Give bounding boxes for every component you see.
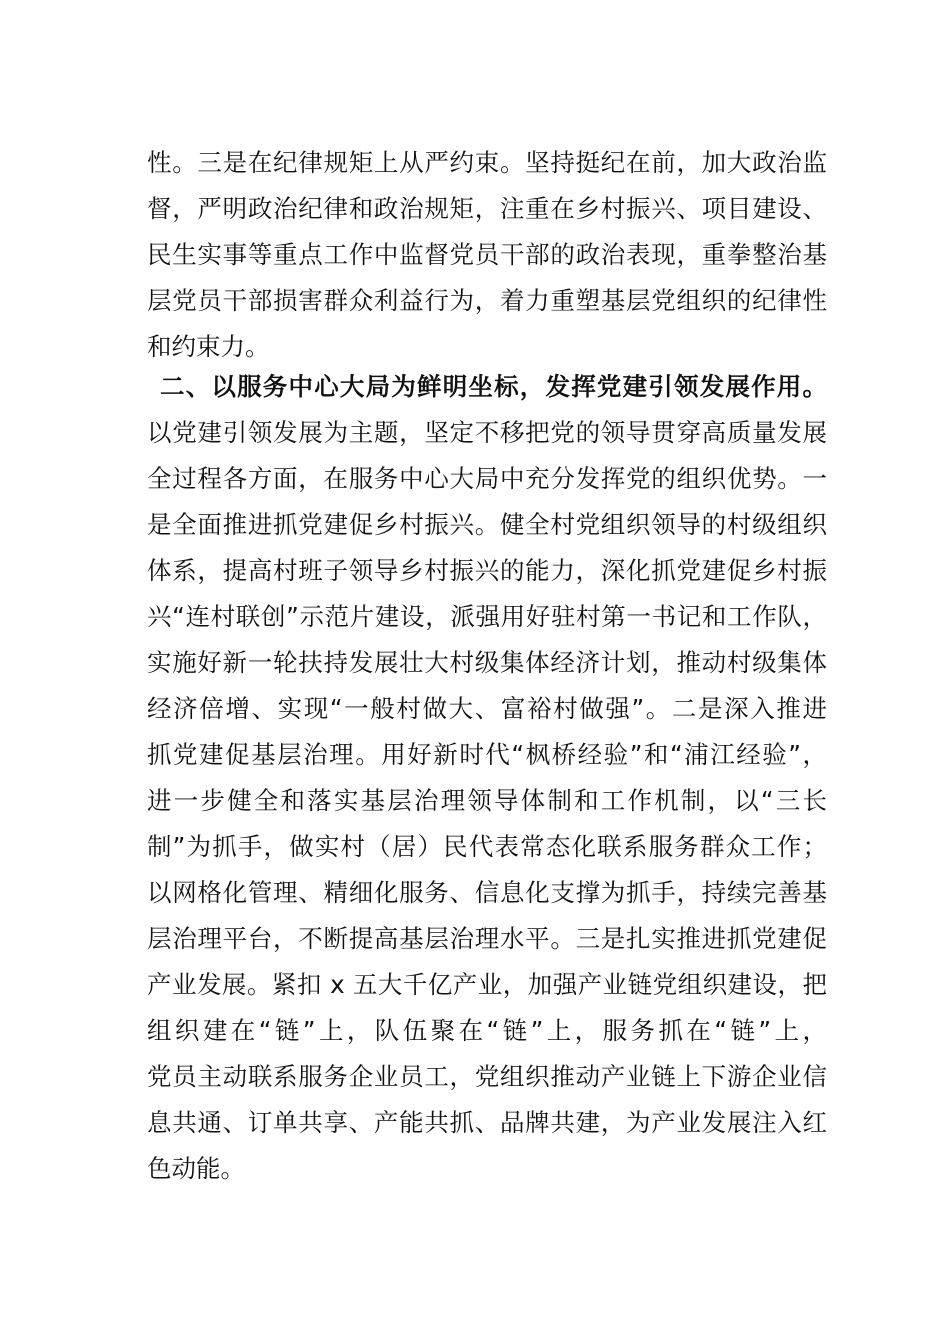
text-line: 体系，提高村班子领导乡村振兴的能力，深化抓党建促乡村振 (147, 548, 827, 594)
text-line: 产业发展。紧扣 x 五大千亿产业，加强产业链党组织建设，把 (147, 962, 827, 1008)
text-line: 抓党建促基层治理。用好新时代“枫桥经验”和“浦江经验”， (147, 732, 827, 778)
text-line: 经济倍增、实现“一般村做大、富裕村做强”。二是深入推进 (147, 686, 827, 732)
text-line: 党员主动联系服务企业员工，党组织推动产业链上下游企业信 (147, 1054, 827, 1100)
text-line: 层治理平台，不断提高基层治理水平。三是扎实推进抓党建促 (147, 916, 827, 962)
text-line: 层党员干部损害群众利益行为，着力重塑基层党组织的纪律性 (147, 278, 827, 324)
text-line: 实施好新一轮扶持发展壮大村级集体经济计划，推动村级集体 (147, 640, 827, 686)
text-line: 进一步健全和落实基层治理领导体制和工作机制，以“三长 (147, 778, 827, 824)
text-line: 民生实事等重点工作中监督党员干部的政治表现，重拳整治基 (147, 232, 827, 278)
section-heading: 二、以服务中心大局为鲜明坐标，发挥党建引领发展作用。 (160, 364, 827, 410)
text-line: 兴“连村联创”示范片建设，派强用好驻村第一书记和工作队， (147, 594, 827, 640)
text-line: 以网格化管理、精细化服务、信息化支撑为抓手，持续完善基 (147, 870, 827, 916)
text-line: 性。三是在纪律规矩上从严约束。坚持挺纪在前，加大政治监 (147, 140, 827, 186)
text-line: 是全面推进抓党建促乡村振兴。健全村党组织领导的村级组织 (147, 502, 827, 548)
document-page: 性。三是在纪律规矩上从严约束。坚持挺纪在前，加大政治监 督，严明政治纪律和政治规… (0, 0, 950, 1344)
text-line: 以党建引领发展为主题，坚定不移把党的领导贯穿高质量发展 (147, 410, 827, 456)
text-line: 息共通、订单共享、产能共抓、品牌共建，为产业发展注入红 (147, 1100, 827, 1146)
text-line: 制”为抓手，做实村（居）民代表常态化联系服务群众工作； (147, 824, 827, 870)
text-line: 色动能。 (147, 1146, 827, 1192)
text-line: 组织建在“链”上，队伍聚在“链”上，服务抓在“链”上， (147, 1008, 827, 1054)
text-line: 督，严明政治纪律和政治规矩，注重在乡村振兴、项目建设、 (147, 186, 827, 232)
text-line: 全过程各方面，在服务中心大局中充分发挥党的组织优势。一 (147, 456, 827, 502)
